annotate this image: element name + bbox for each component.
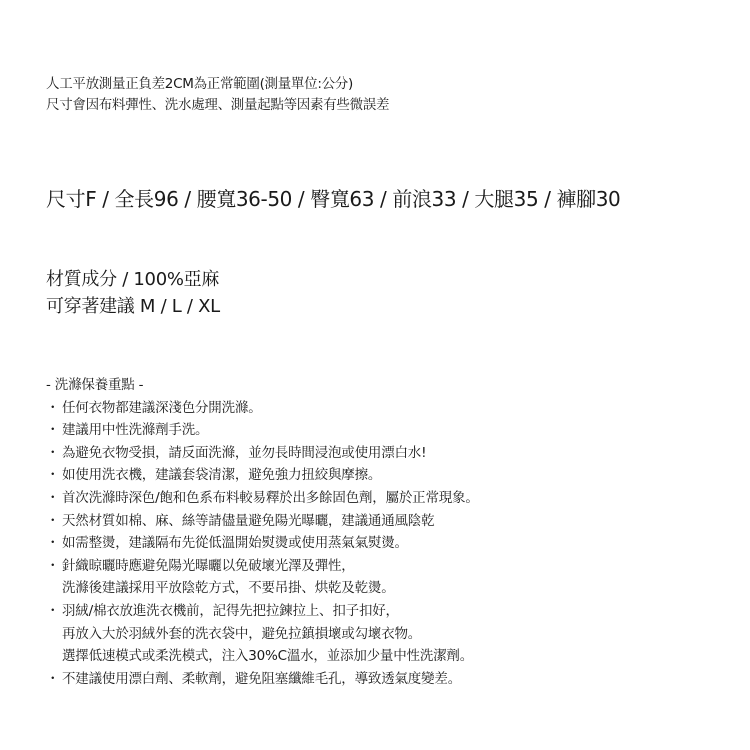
care-list-item-text: 羽絨/棉衣放進洗衣機前，記得先把拉鍊拉上、扣子扣好， [62, 603, 399, 619]
care-list-item-text: 任何衣物都建議深淺色分開洗滌。 [62, 400, 262, 416]
bullet-dot-icon: ・ [46, 555, 62, 578]
bullet-dot-icon: ・ [46, 442, 62, 465]
care-list-item: ・如需整燙，建議隔布先從低溫開始熨燙或使用蒸氣氣熨燙。 [46, 532, 479, 555]
care-list-item-continuation: 洗滌後建議採用平放陰乾方式，不要吊掛、烘乾及乾燙。 [46, 577, 479, 600]
care-list-item-text: 如使用洗衣機，建議套袋清潔，避免強力扭絞與摩擦。 [62, 467, 381, 483]
care-list-item-text: 針織晾曬時應避免陽光曝曬以免破壞光澤及彈性， [62, 558, 355, 574]
measurement-note-line-2: 尺寸會因布料彈性、洗水處理、測量起點等因素有些微誤差 [46, 95, 389, 116]
care-list-item-text: 首次洗滌時深色/飽和色系布料較易釋於出多餘固色劑，屬於正常現象。 [62, 490, 479, 506]
measurement-note: 人工平放測量正負差2CM為正常範圍(測量單位:公分) 尺寸會因布料彈性、洗水處理… [46, 74, 389, 116]
care-list-item: ・首次洗滌時深色/飽和色系布料較易釋於出多餘固色劑，屬於正常現象。 [46, 487, 479, 510]
bullet-dot-icon: ・ [46, 668, 62, 691]
care-list-item-text: 建議用中性洗滌劑手洗。 [62, 422, 208, 438]
bullet-dot-icon: ・ [46, 532, 62, 555]
care-list-item: ・為避免衣物受損，請反面洗滌，並勿長時間浸泡或使用漂白水! [46, 442, 479, 465]
measurement-note-line-1: 人工平放測量正負差2CM為正常範圍(測量單位:公分) [46, 74, 389, 95]
material-composition: 材質成分 / 100%亞麻 [46, 266, 220, 293]
bullet-dot-icon: ・ [46, 510, 62, 533]
care-list-item: ・任何衣物都建議深淺色分開洗滌。 [46, 397, 479, 420]
care-list-item: ・針織晾曬時應避免陽光曝曬以免破壞光澤及彈性， [46, 555, 479, 578]
care-list: ・任何衣物都建議深淺色分開洗滌。・建議用中性洗滌劑手洗。・為避免衣物受損，請反面… [46, 397, 479, 691]
bullet-dot-icon: ・ [46, 487, 62, 510]
care-list-item-text: 不建議使用漂白劑、柔軟劑，避免阻塞纖維毛孔，導致透氣度變差。 [62, 671, 461, 687]
size-spec: 尺寸F / 全長96 / 腰寬36-50 / 臀寬63 / 前浪33 / 大腿3… [46, 184, 620, 214]
care-list-item-text: 天然材質如棉、麻、絲等請儘量避免陽光曝曬，建議通通風陰乾 [62, 513, 434, 529]
bullet-dot-icon: ・ [46, 464, 62, 487]
care-list-item-text: 如需整燙，建議隔布先從低溫開始熨燙或使用蒸氣氣熨燙。 [62, 535, 408, 551]
care-list-item-text: 洗滌後建議採用平放陰乾方式，不要吊掛、烘乾及乾燙。 [62, 580, 395, 596]
care-list-item: ・天然材質如棉、麻、絲等請儘量避免陽光曝曬，建議通通風陰乾 [46, 510, 479, 533]
bullet-dot-icon: ・ [46, 419, 62, 442]
care-list-item-continuation: 再放入大於羽絨外套的洗衣袋中，避免拉鎮損壞或勾壞衣物。 [46, 623, 479, 646]
care-list-item: ・不建議使用漂白劑、柔軟劑，避免阻塞纖維毛孔，導致透氣度變差。 [46, 668, 479, 691]
bullet-dot-icon: ・ [46, 600, 62, 623]
care-list-item-continuation: 選擇低速模式或柔洗模式，注入30%C溫水，並添加少量中性洗潔劑。 [46, 645, 479, 668]
care-list-item-text: 選擇低速模式或柔洗模式，注入30%C溫水，並添加少量中性洗潔劑。 [62, 648, 473, 664]
care-list-item: ・羽絨/棉衣放進洗衣機前，記得先把拉鍊拉上、扣子扣好， [46, 600, 479, 623]
care-list-item: ・如使用洗衣機，建議套袋清潔，避免強力扭絞與摩擦。 [46, 464, 479, 487]
care-list-item: ・建議用中性洗滌劑手洗。 [46, 419, 479, 442]
recommended-sizes: 可穿著建議 M / L / XL [46, 293, 220, 320]
bullet-dot-icon: ・ [46, 397, 62, 420]
care-instructions: - 洗滌保養重點 - ・任何衣物都建議深淺色分開洗滌。・建議用中性洗滌劑手洗。・… [46, 374, 479, 690]
care-title: - 洗滌保養重點 - [46, 374, 479, 397]
care-list-item-text: 為避免衣物受損，請反面洗滌，並勿長時間浸泡或使用漂白水! [62, 445, 426, 461]
material-info: 材質成分 / 100%亞麻 可穿著建議 M / L / XL [46, 266, 220, 320]
care-list-item-text: 再放入大於羽絨外套的洗衣袋中，避免拉鎮損壞或勾壞衣物。 [62, 626, 421, 642]
